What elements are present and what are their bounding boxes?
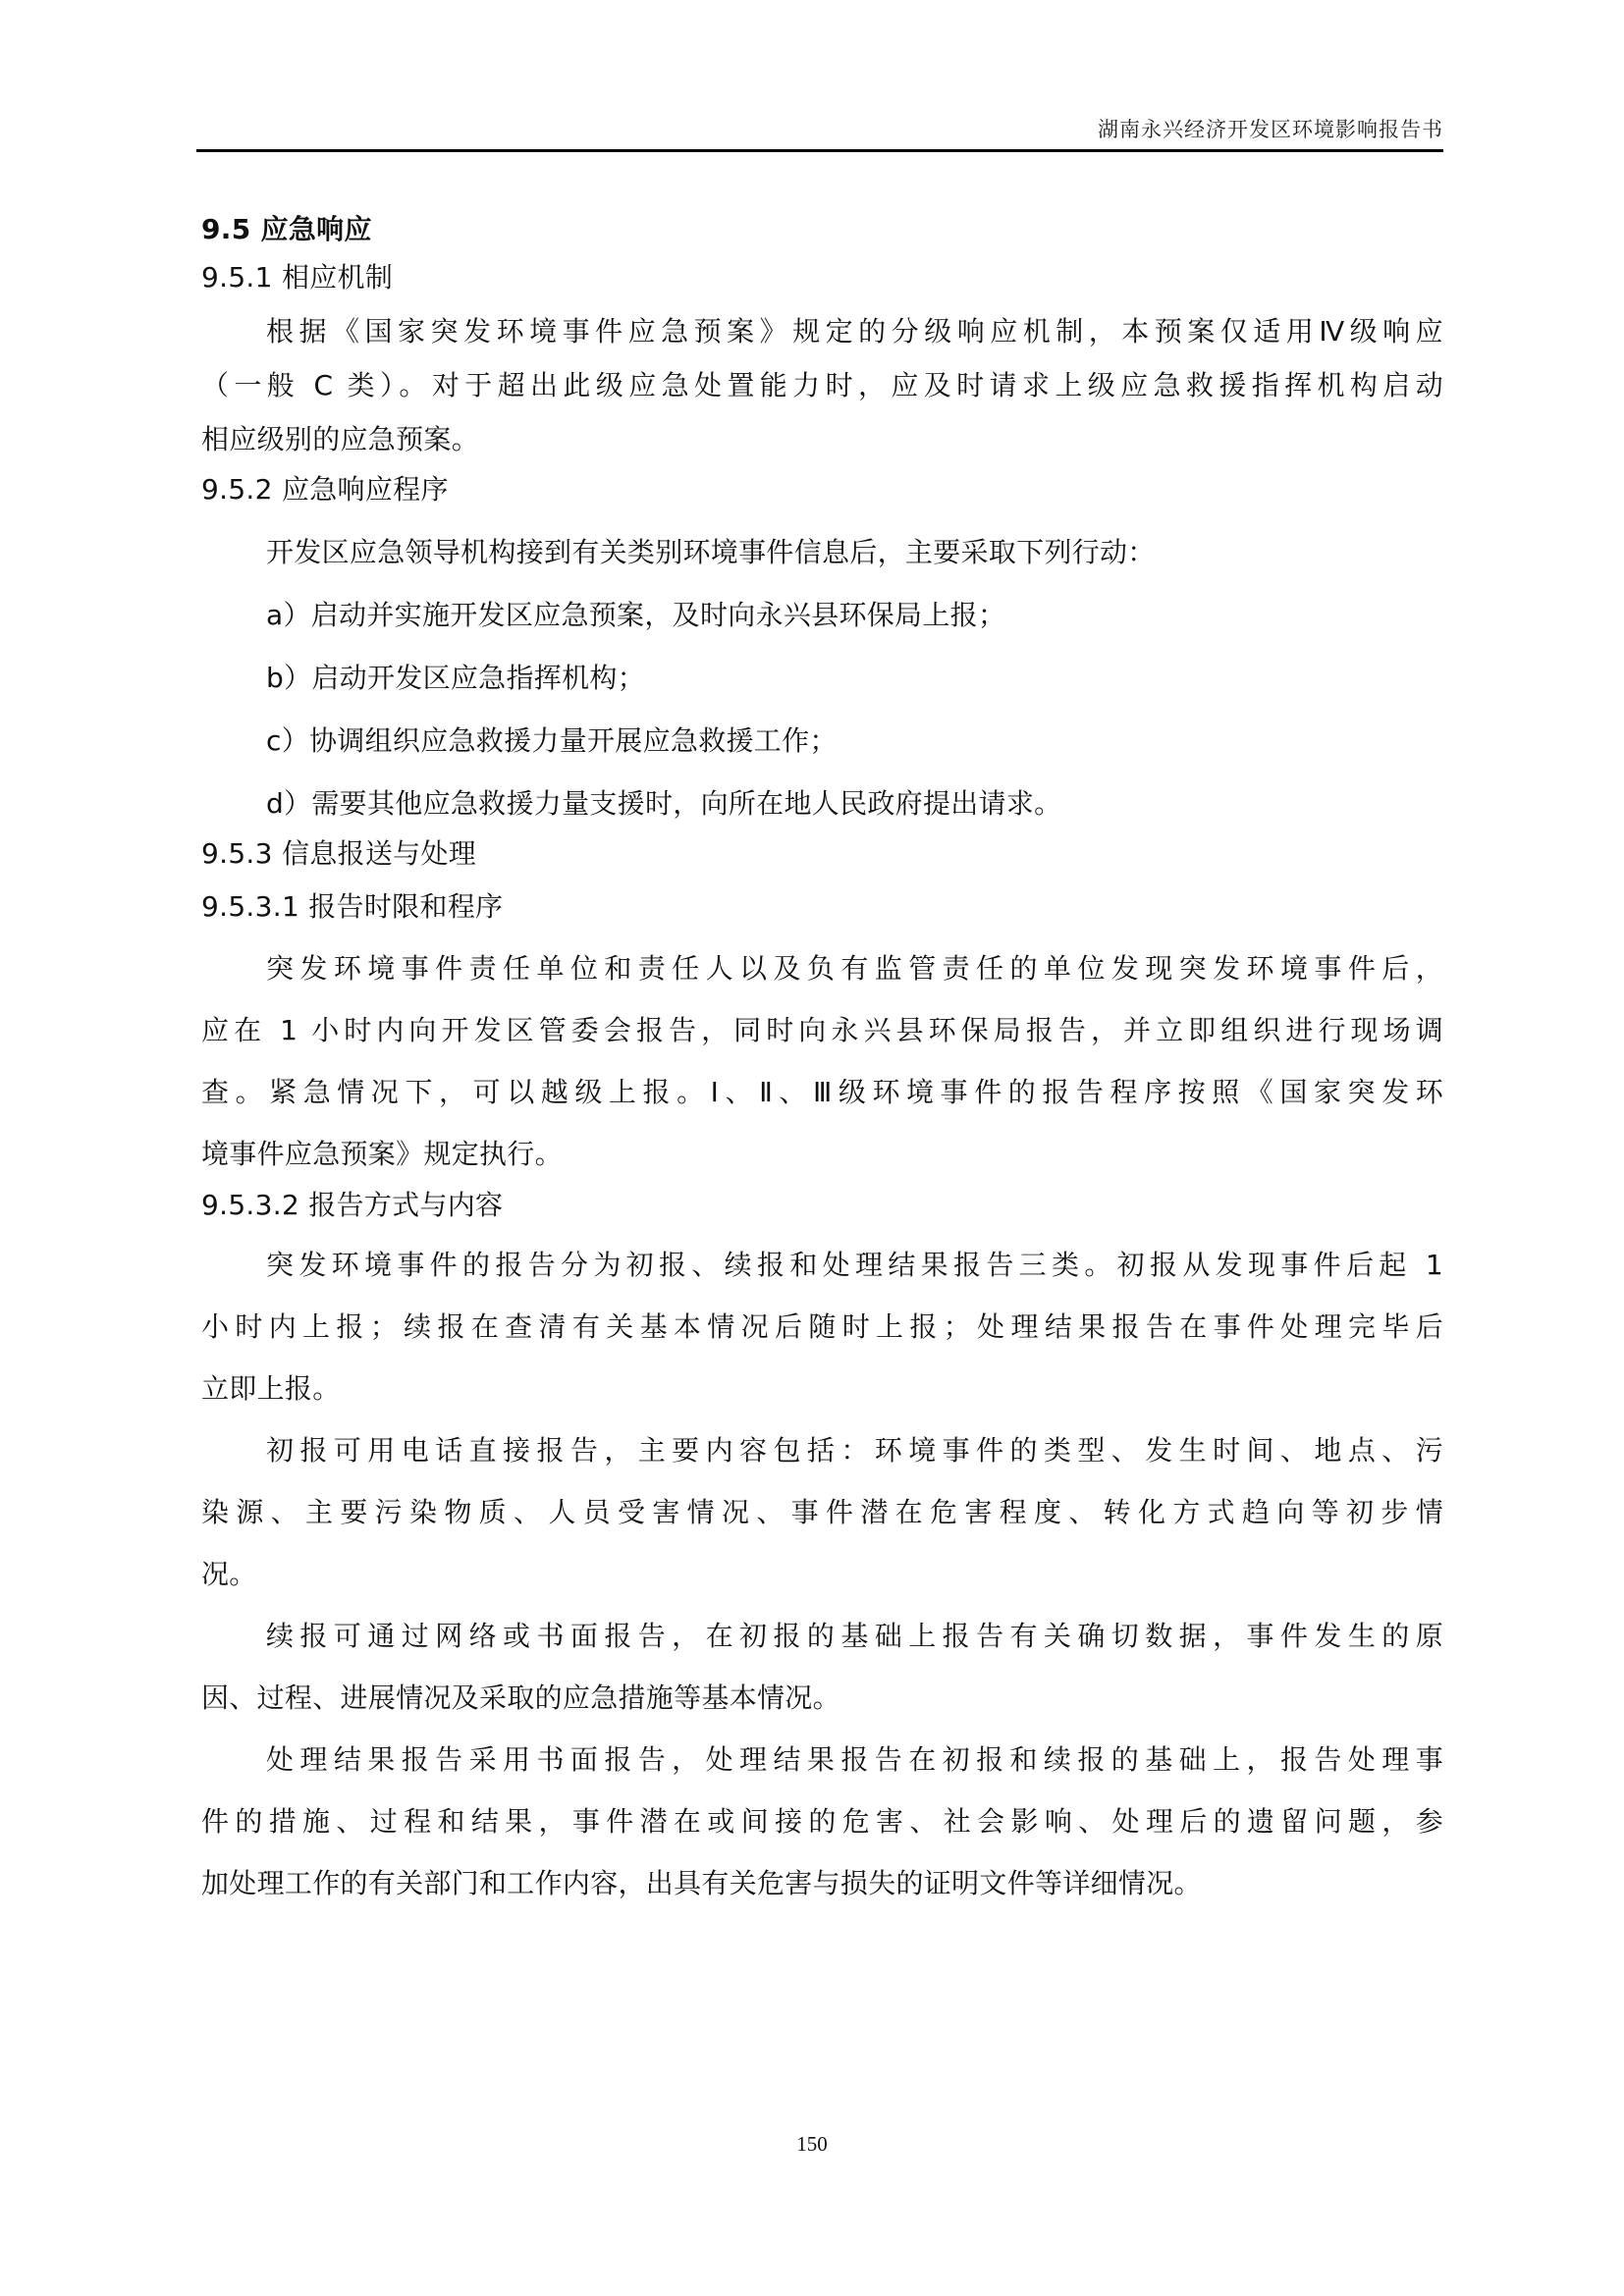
page-content: 9.5 应急响应 9.5.1 相应机制 根据《国家突发环境事件应急预案》规定的分… xyxy=(201,212,1443,1900)
list-item: a）启动并实施开发区应急预案，及时向永兴县环保局上报； xyxy=(201,598,1443,632)
subsubsection-heading-9-5-3-2: 9.5.3.2 报告方式与内容 xyxy=(201,1188,1443,1222)
paragraph-initial-report: 初报可用电话直接报告，主要内容包括：环境事件的类型、发生时间、地点、污 染源、主… xyxy=(201,1433,1443,1591)
text-line: 境事件应急预案》规定执行。 xyxy=(201,1137,1443,1171)
text-line: 初报可用电话直接报告，主要内容包括：环境事件的类型、发生时间、地点、污 xyxy=(201,1433,1443,1468)
text-line: 处理结果报告采用书面报告，处理结果报告在初报和续报的基础上，报告处理事 xyxy=(201,1742,1443,1777)
page-number: 150 xyxy=(0,2132,1624,2157)
paragraph-procedure-intro: 开发区应急领导机构接到有关类别环境事件信息后，主要采取下列行动： xyxy=(201,535,1443,569)
document-title: 湖南永兴经济开发区环境影响报告书 xyxy=(1098,114,1443,143)
list-item: d）需要其他应急救援力量支援时，向所在地人民政府提出请求。 xyxy=(201,786,1443,821)
page-header: 湖南永兴经济开发区环境影响报告书 xyxy=(196,110,1443,152)
text-line: 突发环境事件责任单位和责任人以及负有监管责任的单位发现突发环境事件后， xyxy=(201,951,1443,986)
text-line: 续报可通过网络或书面报告，在初报的基础上报告有关确切数据，事件发生的原 xyxy=(201,1619,1443,1653)
text-line: 应在 1 小时内向开发区管委会报告，同时向永兴县环保局报告，并立即组织进行现场调 xyxy=(201,1013,1443,1047)
subsubsection-heading-9-5-3-1: 9.5.3.1 报告时限和程序 xyxy=(201,889,1443,924)
text-line: （一般 C 类）。对于超出此级应急处置能力时，应及时请求上级应急救援指挥机构启动 xyxy=(201,368,1443,402)
paragraph-report-types: 突发环境事件的报告分为初报、续报和处理结果报告三类。初报从发现事件后起 1 小时… xyxy=(201,1248,1443,1406)
subsection-heading-9-5-2: 9.5.2 应急响应程序 xyxy=(201,472,1443,507)
text-line: 件的措施、过程和结果，事件潜在或间接的危害、社会影响、处理后的遗留问题，参 xyxy=(201,1804,1443,1839)
text-line: 查。紧急情况下，可以越级上报。Ⅰ、Ⅱ、Ⅲ级环境事件的报告程序按照《国家突发环 xyxy=(201,1075,1443,1109)
action-list: a）启动并实施开发区应急预案，及时向永兴县环保局上报； b）启动开发区应急指挥机… xyxy=(201,598,1443,821)
text-line: 染源、主要污染物质、人员受害情况、事件潜在危害程度、转化方式趋向等初步情 xyxy=(201,1495,1443,1529)
subsection-heading-9-5-3: 9.5.3 信息报送与处理 xyxy=(201,836,1443,871)
text-line: 况。 xyxy=(201,1557,1443,1591)
section-heading-9-5: 9.5 应急响应 xyxy=(201,212,1443,246)
text-line: 因、过程、进展情况及采取的应急措施等基本情况。 xyxy=(201,1681,1443,1715)
text-line: 相应级别的应急预案。 xyxy=(201,422,1443,456)
list-item: c）协调组织应急救援力量开展应急救援工作； xyxy=(201,723,1443,758)
subsection-heading-9-5-1: 9.5.1 相应机制 xyxy=(201,260,1443,294)
paragraph-report-deadline: 突发环境事件责任单位和责任人以及负有监管责任的单位发现突发环境事件后， 应在 1… xyxy=(201,951,1443,1171)
list-item: b）启动开发区应急指挥机构； xyxy=(201,661,1443,695)
paragraph-result-report: 处理结果报告采用书面报告，处理结果报告在初报和续报的基础上，报告处理事 件的措施… xyxy=(201,1742,1443,1900)
text-line: 小时内上报；续报在查清有关基本情况后随时上报；处理结果报告在事件处理完毕后 xyxy=(201,1309,1443,1344)
text-line: 立即上报。 xyxy=(201,1371,1443,1406)
text-line: 根据《国家突发环境事件应急预案》规定的分级响应机制，本预案仅适用Ⅳ级响应 xyxy=(201,314,1443,348)
paragraph-response-mechanism: 根据《国家突发环境事件应急预案》规定的分级响应机制，本预案仅适用Ⅳ级响应 （一般… xyxy=(201,314,1443,456)
text-line: 突发环境事件的报告分为初报、续报和处理结果报告三类。初报从发现事件后起 1 xyxy=(201,1248,1443,1282)
text-line: 加处理工作的有关部门和工作内容，出具有关危害与损失的证明文件等详细情况。 xyxy=(201,1866,1443,1900)
paragraph-follow-up-report: 续报可通过网络或书面报告，在初报的基础上报告有关确切数据，事件发生的原 因、过程… xyxy=(201,1619,1443,1715)
